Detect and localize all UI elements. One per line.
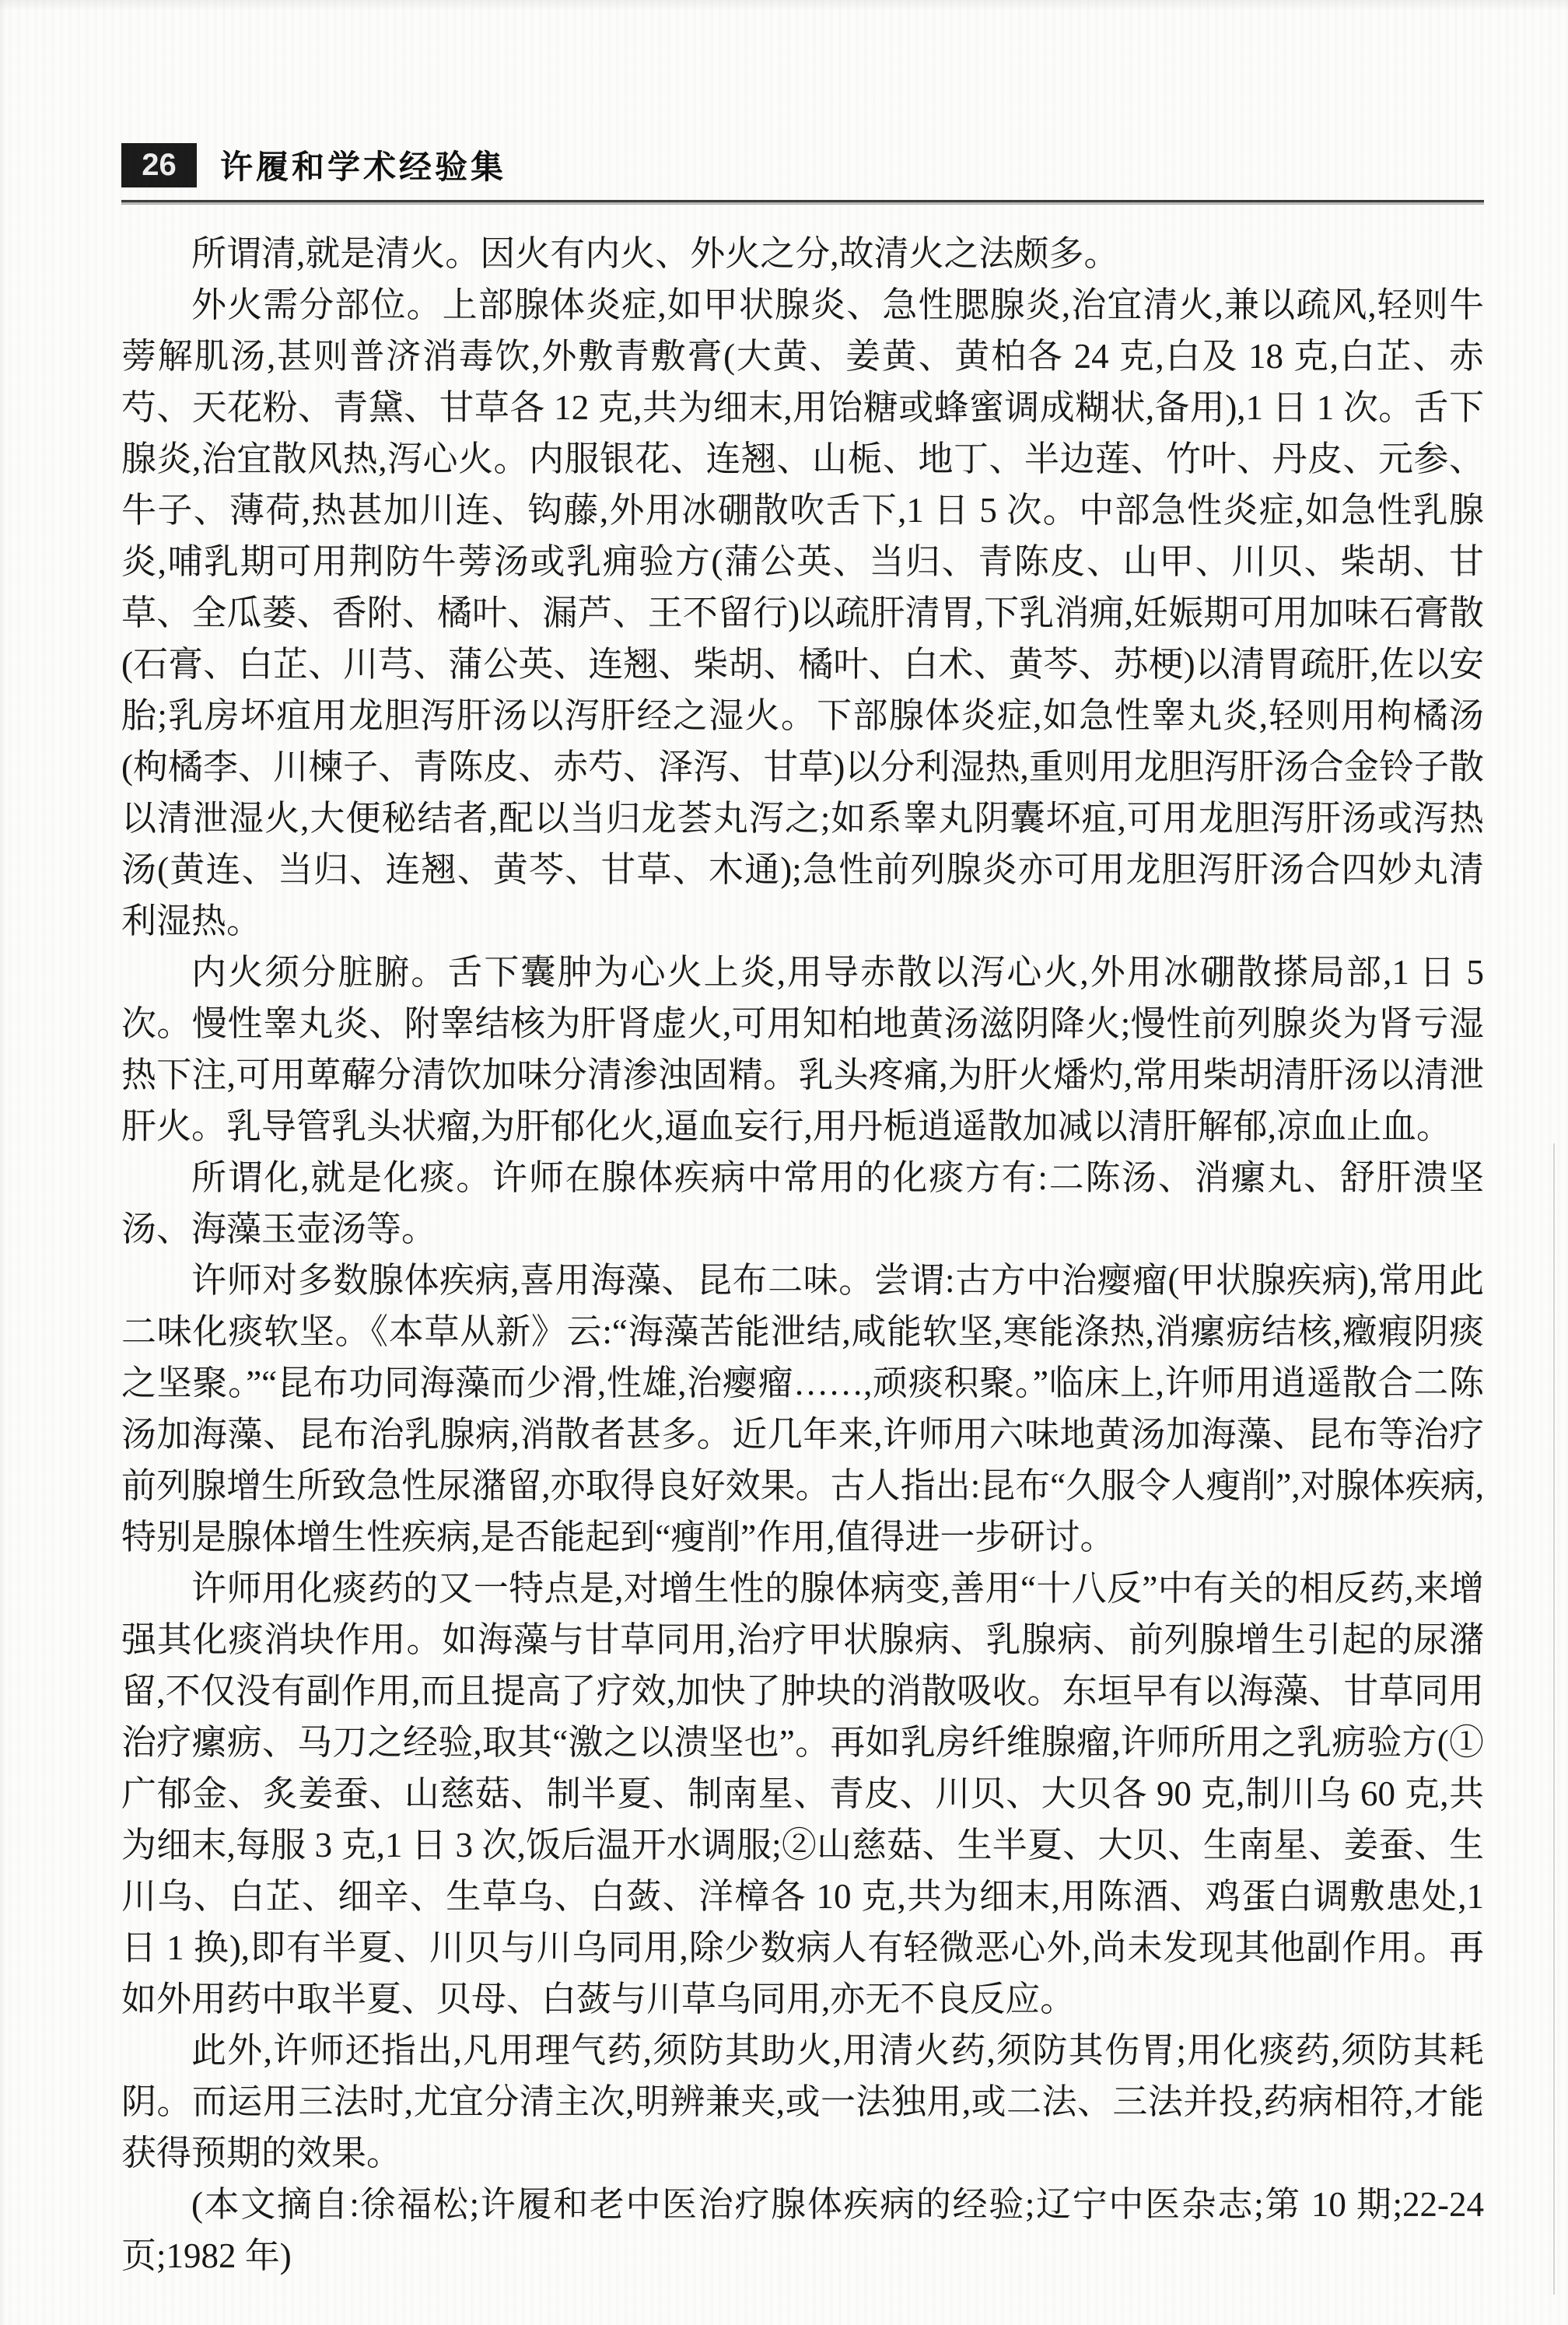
paragraph-internal-fire: 内火须分脏腑。舌下囊肿为心火上炎,用导赤散以泻心火,外用冰硼散搽局部,1 日 5… (121, 947, 1484, 1152)
book-page: 26 许履和学术经验集 所谓清,就是清火。因火有内火、外火之分,故清火之法颇多。… (0, 0, 1568, 2325)
paragraph-citation: (本文摘自:徐福松;许履和老中医治疗腺体疾病的经验;辽宁中医杂志;第 10 期;… (121, 2179, 1484, 2281)
paragraph-shibafan: 许师用化痰药的又一特点是,对增生性的腺体病变,善用“十八反”中有关的相反药,来增… (121, 1563, 1484, 2025)
paragraph-external-fire: 外火需分部位。上部腺体炎症,如甲状腺炎、急性腮腺炎,治宜清火,兼以疏风,轻则牛蒡… (121, 279, 1484, 947)
page-header: 26 许履和学术经验集 (121, 142, 1484, 188)
paragraph-qing-intro: 所谓清,就是清火。因火有内火、外火之分,故清火之法颇多。 (121, 228, 1484, 279)
page-body: 所谓清,就是清火。因火有内火、外火之分,故清火之法颇多。 外火需分部位。上部腺体… (121, 228, 1484, 2281)
paragraph-haizao-kunbu: 许师对多数腺体疾病,喜用海藻、昆布二味。尝谓:古方中治瘿瘤(甲状腺疾病),常用此… (121, 1255, 1484, 1563)
book-title: 许履和学术经验集 (220, 142, 506, 188)
page-number-badge: 26 (121, 143, 197, 187)
scan-artifact-right-edge (1553, 1143, 1555, 2295)
header-rule (121, 200, 1484, 206)
paragraph-hua-intro: 所谓化,就是化痰。许师在腺体疾病中常用的化痰方有:二陈汤、消瘰丸、舒肝溃坚汤、海… (121, 1152, 1484, 1255)
paragraph-cautions: 此外,许师还指出,凡用理气药,须防其助火,用清火药,须防其伤胃;用化痰药,须防其… (121, 2025, 1484, 2179)
